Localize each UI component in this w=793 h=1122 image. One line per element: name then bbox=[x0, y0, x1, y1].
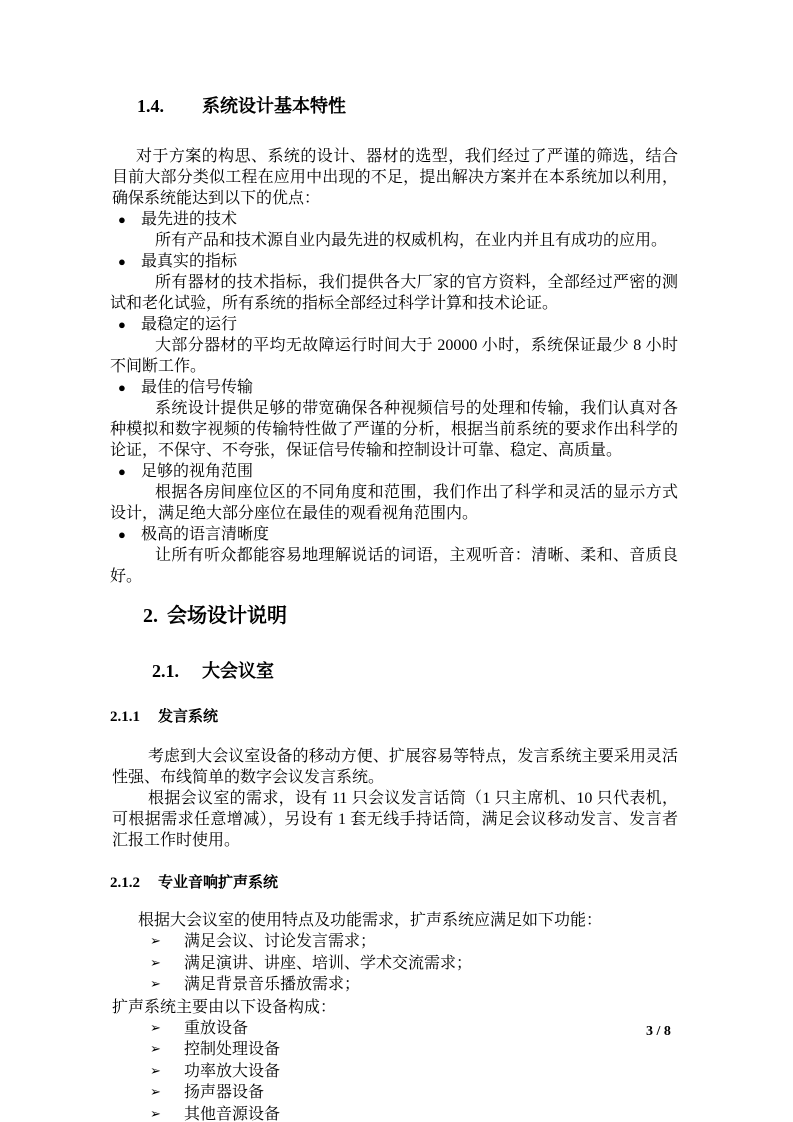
arrow-bullet-icon: ➢ bbox=[150, 1082, 184, 1104]
list-item: ● 极高的语言清晰度 bbox=[112, 524, 678, 545]
list-item: ● 最先进的技术 bbox=[112, 209, 678, 230]
list-item: ➢ 满足背景音乐播放需求； bbox=[112, 974, 678, 996]
bullet-description: 所有产品和技术源自业内最先进的权威机构，在业内并且有成功的应用。 bbox=[110, 230, 678, 251]
list-item: ● 最稳定的运行 bbox=[112, 314, 678, 335]
heading-2-1-1-number: 2.1.1 bbox=[110, 707, 158, 727]
list-item: ➢ 满足演讲、讲座、培训、学术交流需求； bbox=[112, 953, 678, 975]
round-bullet-icon: ● bbox=[118, 524, 141, 545]
heading-2-1-number: 2.1. bbox=[152, 658, 202, 684]
bullet-label: 最佳的信号传输 bbox=[141, 377, 678, 398]
page-content: 1.4. 系统设计基本特性 对于方案的构思、系统的设计、器材的选型，我们经过了严… bbox=[112, 88, 678, 1122]
heading-2-1: 2.1. 大会议室 bbox=[152, 658, 678, 684]
bullet-description: 系统设计提供足够的带宽确保各种视频信号的处理和传输，我们认真对各种模拟和数字视频… bbox=[110, 398, 678, 461]
bullet-label: 最真实的指标 bbox=[141, 251, 678, 272]
bullet-label: 极高的语言清晰度 bbox=[141, 524, 678, 545]
arrow-bullet-icon: ➢ bbox=[150, 974, 184, 996]
arrow-item-label: 重放设备 bbox=[184, 1018, 678, 1040]
bullet-description: 让所有听众都能容易地理解说话的词语，主观听音：清晰、柔和、音质良好。 bbox=[110, 545, 678, 587]
arrow-bullet-icon: ➢ bbox=[150, 1061, 184, 1083]
arrow-item-label: 扬声器设备 bbox=[184, 1082, 678, 1104]
bullet-description: 所有器材的技术指标，我们提供各大厂家的官方资料，全部经过严密的测试和老化试验，所… bbox=[110, 272, 678, 314]
bullet-description: 根据各房间座位区的不同角度和范围，我们作出了科学和灵活的显示方式设计，满足绝大部… bbox=[110, 482, 678, 524]
list-item: ➢ 功率放大设备 bbox=[112, 1061, 678, 1083]
intro-paragraph: 对于方案的构思、系统的设计、器材的选型，我们经过了严谨的筛选，结合目前大部分类似… bbox=[112, 146, 678, 209]
list-item: ➢ 控制处理设备 bbox=[112, 1039, 678, 1061]
list-item: ➢ 其他音源设备 bbox=[112, 1104, 678, 1122]
heading-2-number: 2. bbox=[143, 603, 167, 629]
arrow-bullet-icon: ➢ bbox=[150, 931, 184, 953]
feature-bullet-list: ● 最先进的技术 所有产品和技术源自业内最先进的权威机构，在业内并且有成功的应用… bbox=[112, 209, 678, 587]
round-bullet-icon: ● bbox=[118, 461, 141, 482]
list-item: ● 最真实的指标 bbox=[112, 251, 678, 272]
heading-2-1-title: 大会议室 bbox=[202, 658, 274, 684]
list-item: ➢ 重放设备 bbox=[112, 1018, 678, 1040]
heading-2: 2. 会场设计说明 bbox=[143, 603, 678, 629]
function-arrow-list: ➢ 满足会议、讨论发言需求； ➢ 满足演讲、讲座、培训、学术交流需求； ➢ 满足… bbox=[112, 931, 678, 996]
arrow-bullet-icon: ➢ bbox=[150, 1104, 184, 1122]
speech-system-paragraph-2: 根据会议室的需求，设有 11 只会议发言话筒（1 只主席机、10 只代表机，可根… bbox=[112, 788, 678, 851]
round-bullet-icon: ● bbox=[118, 251, 141, 272]
arrow-bullet-icon: ➢ bbox=[150, 1018, 184, 1040]
device-arrow-list: ➢ 重放设备 ➢ 控制处理设备 ➢ 功率放大设备 ➢ 扬声器设备 ➢ 其他音源设… bbox=[112, 1018, 678, 1122]
list-item: ➢ 满足会议、讨论发言需求； bbox=[112, 931, 678, 953]
arrow-item-label: 其他音源设备 bbox=[184, 1104, 678, 1122]
arrow-item-label: 满足会议、讨论发言需求； bbox=[184, 931, 678, 953]
arrow-item-label: 功率放大设备 bbox=[184, 1061, 678, 1083]
heading-1-4: 1.4. 系统设计基本特性 bbox=[137, 93, 678, 119]
bullet-label: 最先进的技术 bbox=[141, 209, 678, 230]
arrow-item-label: 满足演讲、讲座、培训、学术交流需求； bbox=[184, 953, 678, 975]
arrow-bullet-icon: ➢ bbox=[150, 953, 184, 975]
sound-system-paragraph-2: 扩声系统主要由以下设备构成： bbox=[112, 997, 678, 1018]
heading-1-4-title: 系统设计基本特性 bbox=[202, 93, 346, 119]
round-bullet-icon: ● bbox=[118, 377, 141, 398]
heading-2-1-1-title: 发言系统 bbox=[158, 707, 218, 727]
heading-1-4-number: 1.4. bbox=[137, 93, 202, 119]
bullet-description: 大部分器材的平均无故障运行时间大于 20000 小时，系统保证最少 8 小时不间… bbox=[110, 335, 678, 377]
speech-system-paragraph-1: 考虑到大会议室设备的移动方便、扩展容易等特点，发言系统主要采用灵活性强、布线简单… bbox=[112, 746, 678, 788]
sound-system-paragraph-1: 根据大会议室的使用特点及功能需求，扩声系统应满足如下功能： bbox=[112, 910, 678, 931]
arrow-bullet-icon: ➢ bbox=[150, 1039, 184, 1061]
heading-2-1-2-title: 专业音响扩声系统 bbox=[158, 873, 278, 893]
heading-2-title: 会场设计说明 bbox=[167, 603, 287, 629]
list-item: ➢ 扬声器设备 bbox=[112, 1082, 678, 1104]
arrow-item-label: 控制处理设备 bbox=[184, 1039, 678, 1061]
heading-2-1-2-number: 2.1.2 bbox=[110, 873, 158, 893]
list-item: ● 最佳的信号传输 bbox=[112, 377, 678, 398]
document-page: 1.4. 系统设计基本特性 对于方案的构思、系统的设计、器材的选型，我们经过了严… bbox=[0, 0, 793, 1122]
arrow-item-label: 满足背景音乐播放需求； bbox=[184, 974, 678, 996]
heading-2-1-2: 2.1.2 专业音响扩声系统 bbox=[110, 873, 678, 893]
round-bullet-icon: ● bbox=[118, 314, 141, 335]
bullet-label: 足够的视角范围 bbox=[141, 461, 678, 482]
page-number: 3 / 8 bbox=[646, 1023, 671, 1041]
round-bullet-icon: ● bbox=[118, 209, 141, 230]
list-item: ● 足够的视角范围 bbox=[112, 461, 678, 482]
bullet-label: 最稳定的运行 bbox=[141, 314, 678, 335]
heading-2-1-1: 2.1.1 发言系统 bbox=[110, 707, 678, 727]
